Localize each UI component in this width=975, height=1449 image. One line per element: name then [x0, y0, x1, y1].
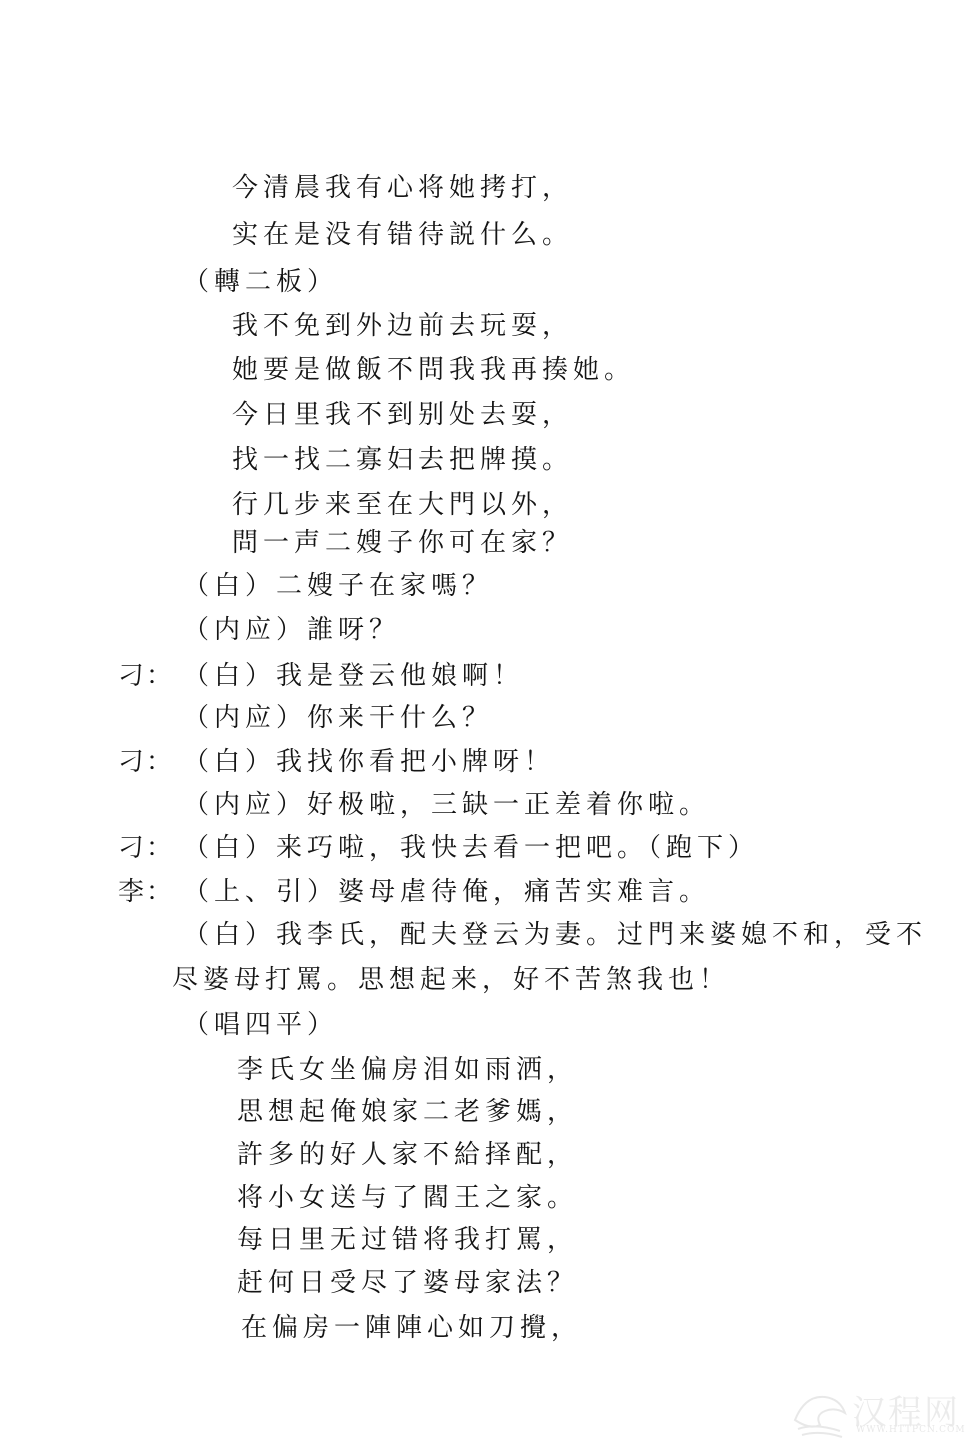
- speaker-label: 刁：: [118, 745, 174, 779]
- script-line: 許多的好人家不給择配，: [237, 1138, 578, 1172]
- script-line: 找一找二寡妇去把牌摸。: [232, 443, 573, 477]
- script-line: 我不免到外边前去玩耍，: [232, 309, 573, 343]
- speaker-label: 刁：: [118, 659, 174, 693]
- script-line: （白）我是登云他娘啊！: [183, 659, 524, 693]
- script-line: 問一声二嫂子你可在家？: [232, 526, 573, 560]
- script-line: 李氏女坐偏房泪如雨洒，: [237, 1053, 578, 1087]
- script-line: （内应）你来干什么？: [183, 701, 493, 735]
- script-line: （上、引）婆母虐待俺，痛苦实难言。: [183, 875, 710, 909]
- script-line: 她要是做飯不問我我再揍她。: [232, 353, 635, 387]
- watermark: 汉程网 WWW.HTTPCN.COM: [790, 1385, 965, 1440]
- script-line: 今日里我不到别处去耍，: [232, 398, 573, 432]
- script-line: 今清晨我有心将她拷打，: [232, 171, 573, 205]
- script-line: 在偏房一陣陣心如刀攪，: [241, 1311, 582, 1345]
- script-line: 每日里无过错将我打罵，: [237, 1223, 578, 1257]
- script-line: （白）来巧啦，我快去看一把吧。（跑下）: [183, 831, 759, 865]
- script-line: （轉二板）: [183, 265, 338, 299]
- script-line: （唱四平）: [183, 1008, 338, 1042]
- script-line: （内应）誰呀？: [183, 613, 400, 647]
- script-line: （内应）好极啦，三缺一正差着你啦。: [183, 788, 710, 822]
- speaker-label: 李：: [118, 875, 174, 909]
- script-line: 实在是没有错待説什么。: [232, 218, 573, 252]
- script-line: 思想起俺娘家二老爹媽，: [237, 1095, 578, 1129]
- dragon-logo-icon: [790, 1385, 850, 1440]
- script-line: 赶何日受尽了婆母家法？: [237, 1266, 578, 1300]
- script-line: 行几步来至在大門以外，: [232, 488, 573, 522]
- script-line: （白）我找你看把小牌呀！: [183, 745, 555, 779]
- script-line: （白）二嫂子在家嗎？: [183, 569, 493, 603]
- script-line: 尽婆母打罵。思想起来，好不苦煞我也！: [172, 963, 730, 997]
- script-line: 将小女送与了閻王之家。: [237, 1181, 578, 1215]
- speaker-label: 刁：: [118, 831, 174, 865]
- watermark-url: WWW.HTTPCN.COM: [856, 1425, 966, 1435]
- script-line: （白）我李氏，配夫登云为妻。过門来婆媳不和，受不: [183, 918, 927, 952]
